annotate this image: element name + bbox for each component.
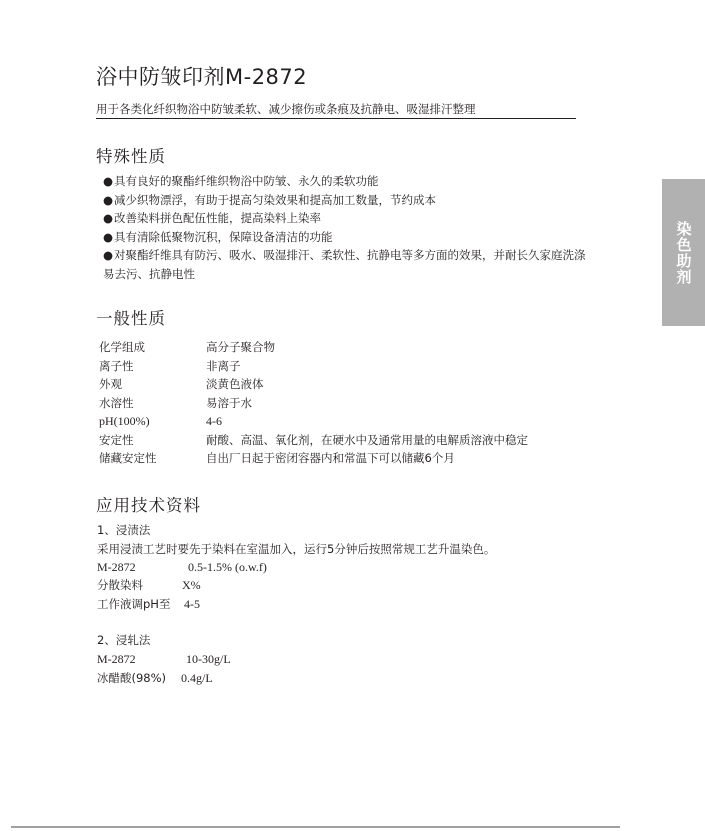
section-heading-general-properties: 一般性质	[96, 308, 166, 330]
property-value: 易溶于水	[206, 394, 252, 413]
bullet-icon: ●	[103, 211, 113, 225]
recipe-value: 10-30g/L	[186, 650, 231, 669]
property-label: pH(100%)	[99, 412, 150, 431]
property-label: 外观	[99, 375, 122, 394]
list-item: ●对聚酯纤维具有防污、吸水、吸湿排汗、柔软性、抗静电等多方面的效果，并耐长久家庭…	[103, 246, 588, 283]
section-heading-special-properties: 特殊性质	[96, 146, 166, 168]
property-label: 安定性	[99, 431, 134, 450]
exhaust-method-title: 1、浸渍法	[97, 521, 150, 540]
property-label: 化学组成	[99, 338, 145, 357]
recipe-label: 冰醋酸(98%)	[97, 669, 166, 688]
recipe-label: M-2872	[97, 650, 136, 669]
section-heading-application: 应用技术资料	[96, 495, 201, 517]
recipe-label: 分散染料	[97, 576, 143, 595]
exhaust-method-description: 采用浸渍工艺时要先于染料在室温加入，运行5分钟后按照常规工艺升温染色。	[97, 540, 495, 559]
property-label: 离子性	[99, 357, 134, 376]
property-value: 自出厂日起于密闭容器内和常温下可以储藏6个月	[206, 449, 455, 468]
property-value: 非离子	[206, 357, 241, 376]
page-subtitle: 用于各类化纤织物浴中防皱柔软、减少擦伤或条痕及抗静电、吸湿排汗整理	[96, 101, 576, 119]
property-label: 水溶性	[99, 394, 134, 413]
property-value: 耐酸、高温、氧化剂，在硬水中及通常用量的电解质溶液中稳定	[206, 431, 528, 450]
recipe-label: M-2872	[97, 558, 136, 577]
property-value: 高分子聚合物	[206, 338, 275, 357]
padding-method-title: 2、浸轧法	[97, 631, 150, 650]
footer-divider	[11, 826, 620, 828]
recipe-value: 4-5	[184, 595, 200, 614]
recipe-value: 0.5-1.5% (o.w.f)	[188, 558, 267, 577]
property-value: 4-6	[206, 412, 222, 431]
list-item: ●改善染料拼色配伍性能，提高染料上染率	[103, 209, 588, 228]
bullet-icon: ●	[103, 193, 113, 207]
property-label: 储藏安定性	[99, 449, 157, 468]
category-side-tab: 染色助剂	[662, 179, 705, 326]
recipe-label: 工作液调pH至	[97, 595, 170, 614]
list-item: ●减少织物漂浮，有助于提高匀染效果和提高加工数量，节约成本	[103, 191, 588, 210]
list-item: ●具有良好的聚酯纤维织物浴中防皱、永久的柔软功能	[103, 172, 588, 191]
list-item: ●具有清除低聚物沉积，保障设备清洁的功能	[103, 228, 588, 247]
bullet-icon: ●	[103, 248, 113, 262]
recipe-value: 0.4g/L	[181, 669, 213, 688]
bullet-icon: ●	[103, 174, 113, 188]
bullet-icon: ●	[103, 230, 113, 244]
recipe-value: X%	[182, 576, 201, 595]
property-value: 淡黄色液体	[206, 375, 264, 394]
category-side-tab-label: 染色助剂	[675, 221, 693, 285]
page-title: 浴中防皱印剂M-2872	[96, 62, 307, 92]
special-properties-list: ●具有良好的聚酯纤维织物浴中防皱、永久的柔软功能 ●减少织物漂浮，有助于提高匀染…	[103, 172, 588, 283]
